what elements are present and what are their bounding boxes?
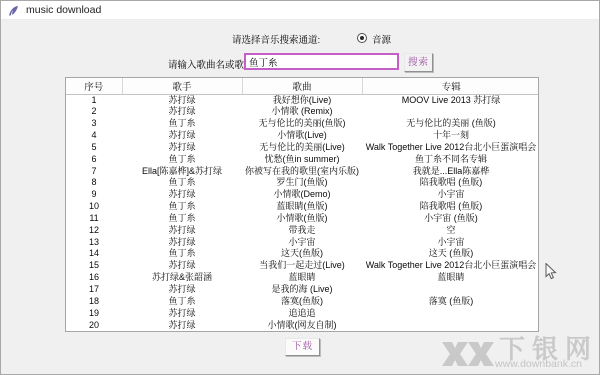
table-cell: 这天(鱼版): [242, 248, 362, 260]
table-row[interactable]: 1苏打绿我好想你(Live)MOOV Live 2013 苏打绿: [66, 94, 539, 106]
table-cell: 鱼丁糸: [122, 118, 242, 130]
watermark-url: www.downbank.cn: [495, 358, 582, 370]
channel-label: 请选择音乐搜索通道:: [232, 32, 320, 46]
table-cell: 鱼丁糸: [122, 154, 242, 166]
table-row[interactable]: 16苏打绿&张韶涵蓝眼睛蓝眼睛: [66, 272, 539, 284]
table-cell: 十年一刻: [362, 130, 539, 142]
table-cell: 忧愁(鱼in summer): [242, 154, 362, 166]
table-cell: 苏打绿: [122, 94, 242, 106]
table-row[interactable]: 13苏打绿小宇宙小宇宙: [66, 237, 539, 249]
table-cell: 空: [362, 225, 539, 237]
watermark-site-name: 下银网: [499, 329, 598, 366]
table-cell: Walk Together Live 2012台北小巨蛋演唱会: [362, 142, 539, 154]
table-cell: 13: [66, 237, 122, 249]
table-cell: 苏打绿: [122, 189, 242, 201]
table-cell: 小情歌(网友自制): [242, 320, 362, 332]
table-cell: 罗生门(鱼版): [242, 177, 362, 189]
results-table-body: 1苏打绿我好想你(Live)MOOV Live 2013 苏打绿2苏打绿小情歌 …: [66, 94, 539, 331]
mouse-cursor-icon: [545, 263, 557, 285]
table-cell: 小宇宙 (鱼版): [362, 213, 539, 225]
table-cell: 8: [66, 177, 122, 189]
table-cell: 小宇宙: [362, 189, 539, 201]
watermark: 下银网 www.downbank.cn: [439, 328, 600, 375]
table-cell: [362, 284, 539, 296]
table-cell: 9: [66, 189, 122, 201]
table-cell: 小情歌(Demo): [242, 189, 362, 201]
table-cell: 苏打绿: [122, 320, 242, 332]
table-cell: 带我走: [242, 225, 362, 237]
table-row[interactable]: 17苏打绿是我的海 (Live): [66, 284, 539, 296]
search-label: 请输入歌曲名或歌手:: [168, 57, 256, 71]
table-row[interactable]: 4苏打绿小情歌(Live)十年一刻: [66, 130, 539, 142]
table-cell: 鱼丁糸不同名专辑: [362, 154, 539, 166]
table-cell: 陪我歌唱 (鱼版): [362, 201, 539, 213]
table-cell: 10: [66, 201, 122, 213]
table-row[interactable]: 3鱼丁糸无与伦比的美丽(鱼版)无与伦比的美丽 (鱼版): [66, 118, 539, 130]
table-cell: 鱼丁糸: [122, 201, 242, 213]
search-input[interactable]: [244, 53, 399, 70]
table-cell: 6: [66, 154, 122, 166]
table-header-row: 序号 歌手 歌曲 专辑: [66, 78, 539, 94]
download-button[interactable]: 下载: [285, 338, 320, 356]
table-row[interactable]: 10鱼丁糸蓝眼睛(鱼版)陪我歌唱 (鱼版): [66, 201, 539, 213]
table-cell: 2: [66, 106, 122, 118]
table-cell: 我就是...Ella陈嘉桦: [362, 166, 539, 178]
table-cell: 苏打绿: [122, 225, 242, 237]
table-cell: 苏打绿: [122, 237, 242, 249]
table-cell: 蓝眼睛: [362, 272, 539, 284]
channel-radio[interactable]: [357, 33, 367, 43]
table-cell: 苏打绿: [122, 130, 242, 142]
table-cell: 你被写在我的歌里(室内乐版): [242, 166, 362, 178]
table-cell: Ella[陈嘉桦]&苏打绿: [122, 166, 242, 178]
table-cell: 我好想你(Live): [242, 94, 362, 106]
table-row[interactable]: 9苏打绿小情歌(Demo)小宇宙: [66, 189, 539, 201]
table-cell: 苏打绿: [122, 308, 242, 320]
table-cell: [362, 106, 539, 118]
table-cell: 14: [66, 248, 122, 260]
table-cell: 苏打绿: [122, 284, 242, 296]
table-row[interactable]: 8鱼丁糸罗生门(鱼版)陪我歌唱 (鱼版): [66, 177, 539, 189]
table-cell: 鱼丁糸: [122, 213, 242, 225]
column-header-song[interactable]: 歌曲: [242, 78, 362, 94]
table-cell: 11: [66, 213, 122, 225]
table-cell: 无与伦比的美丽(Live): [242, 142, 362, 154]
table-cell: 追追追: [242, 308, 362, 320]
table-row[interactable]: 11鱼丁糸小情歌(鱼版)小宇宙 (鱼版): [66, 213, 539, 225]
table-cell: MOOV Live 2013 苏打绿: [362, 94, 539, 106]
table-cell: 鱼丁糸: [122, 177, 242, 189]
table-cell: 苏打绿: [122, 142, 242, 154]
radio-dot: [360, 36, 364, 40]
table-cell: 鱼丁糸: [122, 296, 242, 308]
table-cell: 15: [66, 260, 122, 272]
table-cell: 17: [66, 284, 122, 296]
table-cell: Walk Together Live 2012台北小巨蛋演唱会: [362, 260, 539, 272]
table-cell: 16: [66, 272, 122, 284]
table-row[interactable]: 2苏打绿小情歌 (Remix): [66, 106, 539, 118]
column-header-singer[interactable]: 歌手: [122, 78, 242, 94]
table-cell: 3: [66, 118, 122, 130]
table-row[interactable]: 18鱼丁糸落寞(鱼版)落寞 (鱼版): [66, 296, 539, 308]
table-cell: 当我们一起走过(Live): [242, 260, 362, 272]
results-table: 序号 歌手 歌曲 专辑 1苏打绿我好想你(Live)MOOV Live 2013…: [65, 77, 539, 332]
table-row[interactable]: 12苏打绿带我走空: [66, 225, 539, 237]
table-row[interactable]: 15苏打绿当我们一起走过(Live)Walk Together Live 201…: [66, 260, 539, 272]
column-header-album[interactable]: 专辑: [362, 78, 539, 94]
column-header-index[interactable]: 序号: [66, 78, 122, 94]
table-cell: 小情歌 (Remix): [242, 106, 362, 118]
table-row[interactable]: 19苏打绿追追追: [66, 308, 539, 320]
table-cell: 7: [66, 166, 122, 178]
table-cell: 5: [66, 142, 122, 154]
table-cell: 小宇宙: [242, 237, 362, 249]
table-cell: [362, 320, 539, 332]
table-cell: 12: [66, 225, 122, 237]
table-row[interactable]: 6鱼丁糸忧愁(鱼in summer)鱼丁糸不同名专辑: [66, 154, 539, 166]
table-cell: 蓝眼睛(鱼版): [242, 201, 362, 213]
table-row[interactable]: 5苏打绿无与伦比的美丽(Live)Walk Together Live 2012…: [66, 142, 539, 154]
table-cell: 4: [66, 130, 122, 142]
table-row[interactable]: 7Ella[陈嘉桦]&苏打绿你被写在我的歌里(室内乐版)我就是...Ella陈嘉…: [66, 166, 539, 178]
feather-icon: [8, 4, 19, 16]
table-cell: 落寞(鱼版): [242, 296, 362, 308]
table-cell: 18: [66, 296, 122, 308]
table-cell: 鱼丁糸: [122, 248, 242, 260]
table-cell: 小情歌(鱼版): [242, 213, 362, 225]
table-cell: 无与伦比的美丽 (鱼版): [362, 118, 539, 130]
table-cell: 苏打绿: [122, 106, 242, 118]
table-cell: 苏打绿&张韶涵: [122, 272, 242, 284]
table-cell: 20: [66, 320, 122, 332]
table-cell: 1: [66, 94, 122, 106]
channel-radio-label[interactable]: 音源: [372, 32, 391, 46]
table-cell: 19: [66, 308, 122, 320]
table-cell: 小情歌(Live): [242, 130, 362, 142]
table-cell: [362, 308, 539, 320]
table-cell: 陪我歌唱 (鱼版): [362, 177, 539, 189]
table-cell: 落寞 (鱼版): [362, 296, 539, 308]
app-window: music download 请选择音乐搜索通道: 音源 请输入歌曲名或歌手: …: [0, 0, 600, 375]
table-cell: 蓝眼睛: [242, 272, 362, 284]
table-cell: 苏打绿: [122, 260, 242, 272]
title-bar: music download: [1, 1, 599, 20]
table-cell: 无与伦比的美丽(鱼版): [242, 118, 362, 130]
window-title: music download: [26, 4, 101, 16]
downbank-logo-icon: [442, 335, 494, 375]
table-row[interactable]: 14鱼丁糸这天(鱼版)这天 (鱼版): [66, 248, 539, 260]
search-button[interactable]: 搜索: [404, 53, 433, 72]
table-row[interactable]: 20苏打绿小情歌(网友自制): [66, 320, 539, 332]
table-cell: 是我的海 (Live): [242, 284, 362, 296]
table-cell: 这天 (鱼版): [362, 248, 539, 260]
table-cell: 小宇宙: [362, 237, 539, 249]
